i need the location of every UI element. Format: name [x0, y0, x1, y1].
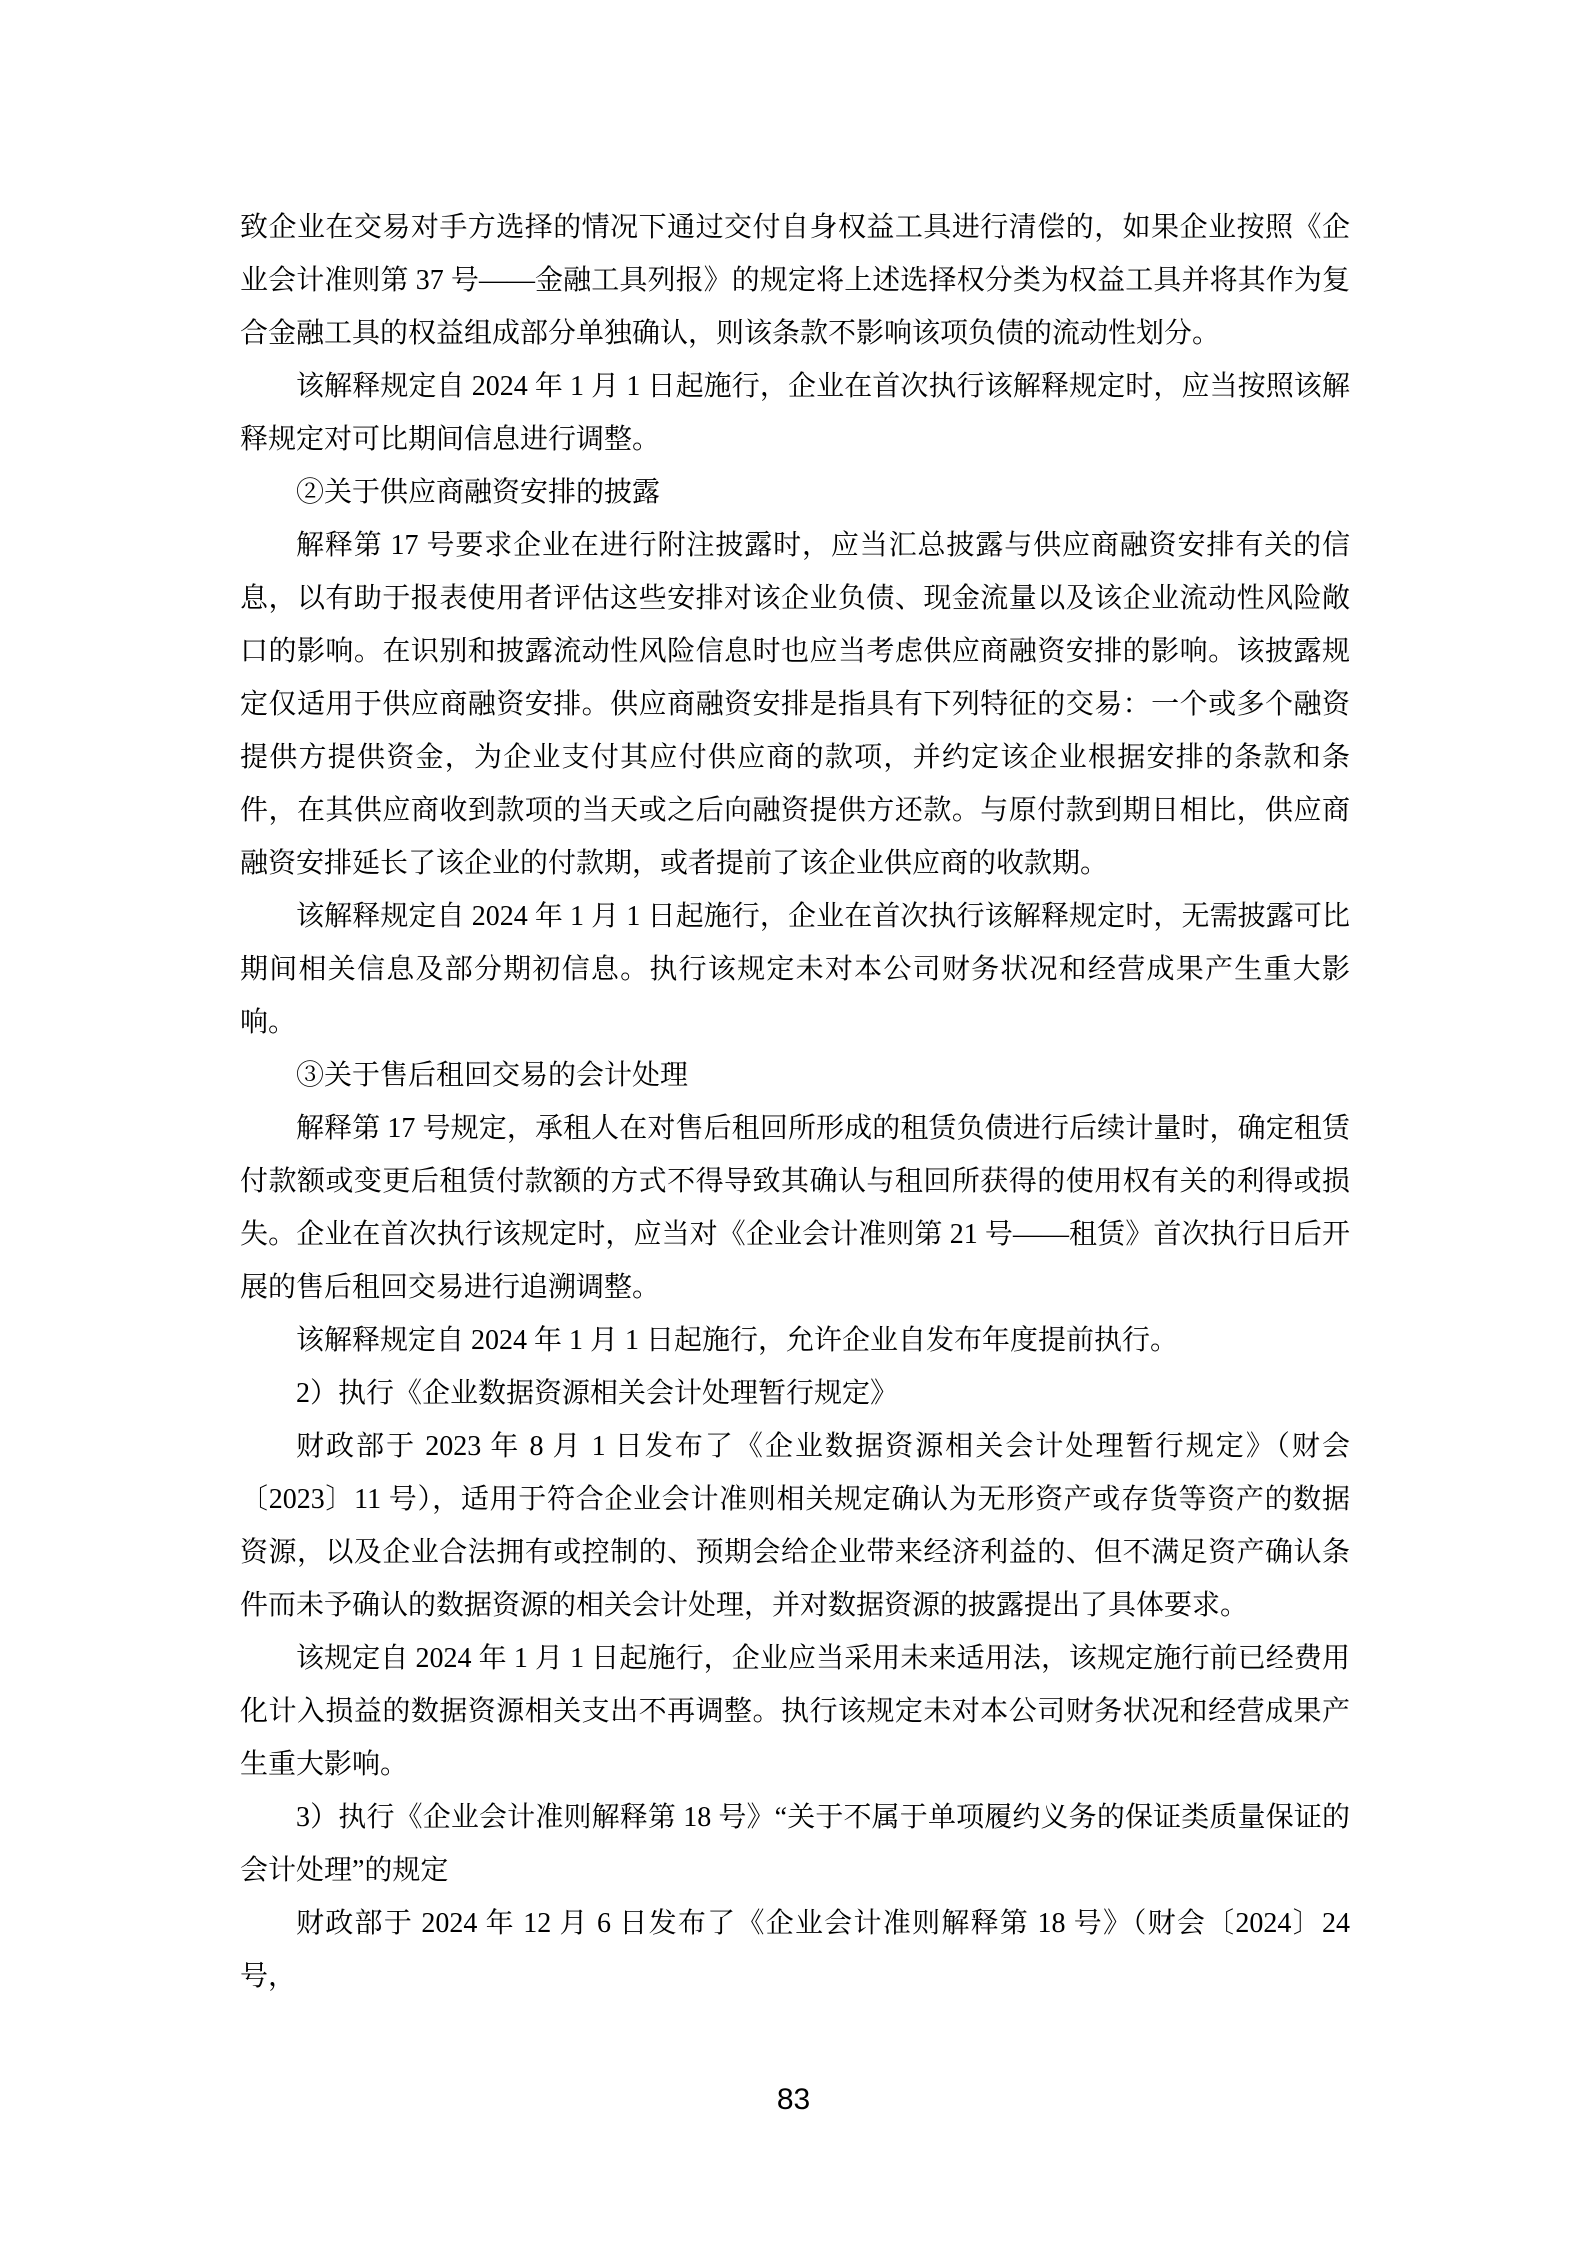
heading-supplier-finance-disclosure: ②关于供应商融资安排的披露 — [240, 466, 1350, 519]
para-data-resources-details: 财政部于 2023 年 8 月 1 日发布了《企业数据资源相关会计处理暂行规定》… — [240, 1420, 1350, 1632]
para-supplier-finance-effective: 该解释规定自 2024 年 1 月 1 日起施行，企业在首次执行该解释规定时，无… — [240, 890, 1350, 1049]
heading-data-resources-regulation: 2）执行《企业数据资源相关会计处理暂行规定》 — [240, 1367, 1350, 1420]
para-interpretation18-issued: 财政部于 2024 年 12 月 6 日发布了《企业会计准则解释第 18 号》（… — [240, 1897, 1350, 2003]
para-sale-leaseback-effective: 该解释规定自 2024 年 1 月 1 日起施行，允许企业自发布年度提前执行。 — [240, 1314, 1350, 1367]
para-sale-leaseback-details: 解释第 17 号规定，承租人在对售后租回所形成的租赁负债进行后续计量时，确定租赁… — [240, 1102, 1350, 1314]
heading-interpretation18-quality-assurance: 3）执行《企业会计准则解释第 18 号》“关于不属于单项履约义务的保证类质量保证… — [240, 1791, 1350, 1897]
para-interpretation17-effective-comparative-adjust: 该解释规定自 2024 年 1 月 1 日起施行，企业在首次执行该解释规定时，应… — [240, 360, 1350, 466]
document-page: 致企业在交易对手方选择的情况下通过交付自身权益工具进行清偿的，如果企业按照《企业… — [0, 0, 1587, 2245]
para-supplier-finance-details: 解释第 17 号要求企业在进行附注披露时，应当汇总披露与供应商融资安排有关的信息… — [240, 519, 1350, 890]
document-body: 致企业在交易对手方选择的情况下通过交付自身权益工具进行清偿的，如果企业按照《企业… — [240, 201, 1350, 2003]
page-number: 83 — [0, 2084, 1587, 2116]
heading-sale-leaseback-accounting: ③关于售后租回交易的会计处理 — [240, 1049, 1350, 1102]
para-settlement-equity-instrument: 致企业在交易对手方选择的情况下通过交付自身权益工具进行清偿的，如果企业按照《企业… — [240, 201, 1350, 360]
para-data-resources-effective: 该规定自 2024 年 1 月 1 日起施行，企业应当采用未来适用法，该规定施行… — [240, 1632, 1350, 1791]
